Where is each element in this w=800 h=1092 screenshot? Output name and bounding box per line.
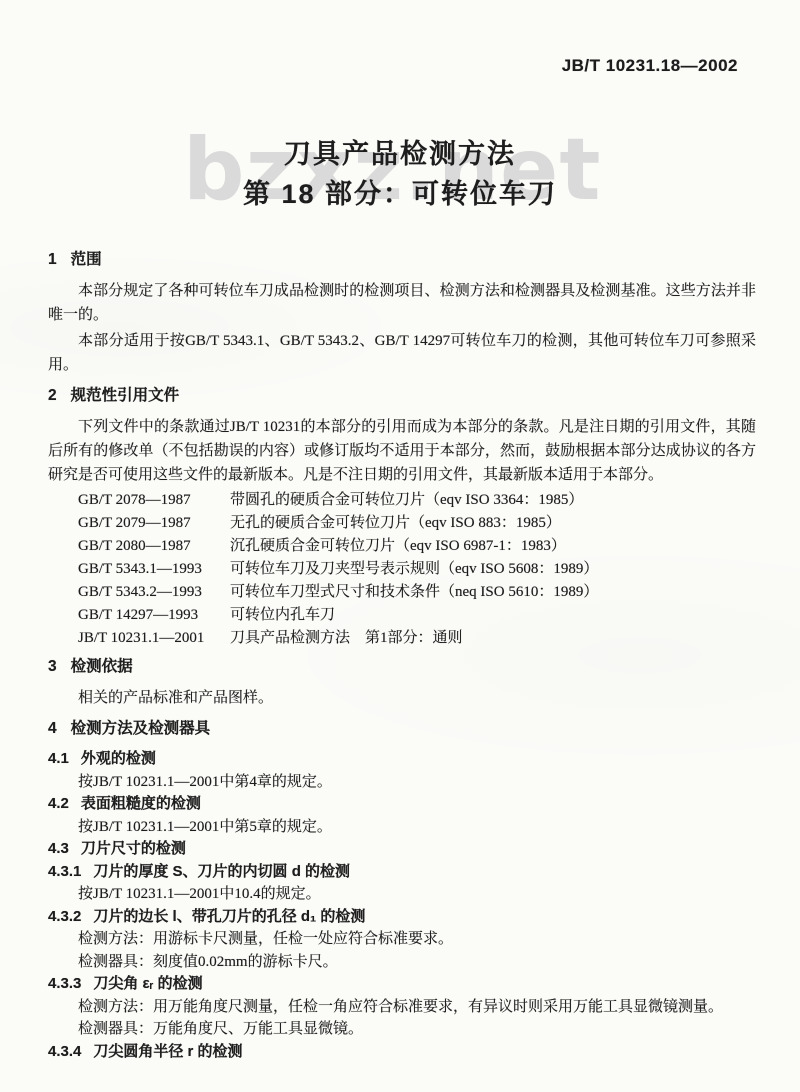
reference-item: GB/T 5343.1—1993 可转位车刀及刀夹型号表示规则（eqv ISO … <box>48 558 756 581</box>
subsection-title: 刀尖角 εᵣ 的检测 <box>93 975 202 992</box>
paragraph: 下列文件中的条款通过JB/T 10231的本部分的引用而成为本部分的条款。凡是注… <box>48 415 756 487</box>
subsection-text: 检测方法：用游标卡尺测量，任检一处应符合标准要求。 <box>48 928 756 951</box>
reference-title: 可转位内孔车刀 <box>230 604 335 627</box>
section-number: 3 <box>48 658 57 675</box>
section-number: 4 <box>48 720 57 737</box>
section-title: 规范性引用文件 <box>71 387 180 404</box>
reference-code: JB/T 10231.1—2001 <box>78 627 230 650</box>
reference-code: GB/T 2078—1987 <box>78 489 230 512</box>
paragraph: 本部分适用于按GB/T 5343.1、GB/T 5343.2、GB/T 1429… <box>48 329 756 377</box>
reference-item: GB/T 14297—1993 可转位内孔车刀 <box>48 604 756 627</box>
subsection-heading-4-3-3: 4.3.3刀尖角 εᵣ 的检测 <box>48 973 756 996</box>
section-title: 检测依据 <box>71 658 133 675</box>
subsection-heading-4-1: 4.1外观的检测 <box>48 748 756 771</box>
subsection-text: 检测器具：万能角度尺、万能工具显微镜。 <box>48 1018 756 1041</box>
scanned-standard-page: bzxz.net JB/T 10231.18—2002 刀具产品检测方法 第 1… <box>0 0 800 1092</box>
document-title: 刀具产品检测方法 第 18 部分：可转位车刀 <box>0 134 800 214</box>
subsection-title: 刀片的边长 l、带孔刀片的孔径 d₁ 的检测 <box>93 908 365 925</box>
section-title: 范围 <box>71 251 102 268</box>
subsection-number: 4.2 <box>48 795 69 812</box>
reference-code: GB/T 5343.1—1993 <box>78 558 230 581</box>
title-line-1: 刀具产品检测方法 <box>0 134 800 174</box>
reference-item: GB/T 2080—1987 沉孔硬质合金可转位刀片（eqv ISO 6987-… <box>48 535 756 558</box>
subsection-title: 刀片的厚度 S、刀片的内切圆 d 的检测 <box>93 863 350 880</box>
subsection-heading-4-3-2: 4.3.2刀片的边长 l、带孔刀片的孔径 d₁ 的检测 <box>48 906 756 929</box>
subsection-number: 4.3.2 <box>48 908 81 925</box>
section-heading-3: 3检测依据 <box>48 656 756 677</box>
doc-number: JB/T 10231.18—2002 <box>562 56 738 76</box>
document-body: 1范围 本部分规定了各种可转位车刀成品检测时的检测项目、检测方法和检测器具及检测… <box>48 243 756 1063</box>
reference-item: JB/T 10231.1—2001 刀具产品检测方法 第1部分：通则 <box>48 627 756 650</box>
reference-title: 可转位车刀及刀夹型号表示规则（eqv ISO 5608：1989） <box>230 558 598 581</box>
section-number: 1 <box>48 251 57 268</box>
subsection-text: 按JB/T 10231.1—2001中第4章的规定。 <box>48 771 756 794</box>
subsection-number: 4.1 <box>48 750 69 767</box>
reference-list: GB/T 2078—1987 带圆孔的硬质合金可转位刀片（eqv ISO 336… <box>48 489 756 650</box>
section-heading-1: 1范围 <box>48 249 756 270</box>
subsection-text: 检测方法：用万能角度尺测量，任检一角应符合标准要求，有异议时则采用万能工具显微镜… <box>48 996 756 1019</box>
reference-title: 可转位车刀型式尺寸和技术条件（neq ISO 5610：1989） <box>230 581 598 604</box>
reference-code: GB/T 5343.2—1993 <box>78 581 230 604</box>
reference-item: GB/T 2079—1987 无孔的硬质合金可转位刀片（eqv ISO 883：… <box>48 512 756 535</box>
reference-item: GB/T 5343.2—1993 可转位车刀型式尺寸和技术条件（neq ISO … <box>48 581 756 604</box>
subsection-heading-4-3-1: 4.3.1刀片的厚度 S、刀片的内切圆 d 的检测 <box>48 861 756 884</box>
reference-code: GB/T 14297—1993 <box>78 604 230 627</box>
subsection-heading-4-3: 4.3刀片尺寸的检测 <box>48 838 756 861</box>
section-heading-4: 4检测方法及检测器具 <box>48 718 756 739</box>
paragraph: 本部分规定了各种可转位车刀成品检测时的检测项目、检测方法和检测器具及检测基准。这… <box>48 279 756 327</box>
section-number: 2 <box>48 387 57 404</box>
paragraph: 相关的产品标准和产品图样。 <box>48 686 756 710</box>
subsection-number: 4.3.1 <box>48 863 81 880</box>
title-line-2: 第 18 部分：可转位车刀 <box>0 174 800 214</box>
reference-code: GB/T 2079—1987 <box>78 512 230 535</box>
subsection-text: 按JB/T 10231.1—2001中第5章的规定。 <box>48 816 756 839</box>
subsection-title: 表面粗糙度的检测 <box>81 795 201 812</box>
subsection-number: 4.3 <box>48 840 69 857</box>
reference-code: GB/T 2080—1987 <box>78 535 230 558</box>
subsection-number: 4.3.4 <box>48 1043 81 1060</box>
reference-item: GB/T 2078—1987 带圆孔的硬质合金可转位刀片（eqv ISO 336… <box>48 489 756 512</box>
subsection-text: 按JB/T 10231.1—2001中10.4的规定。 <box>48 883 756 906</box>
reference-title: 带圆孔的硬质合金可转位刀片（eqv ISO 3364：1985） <box>230 489 583 512</box>
subsection-heading-4-2: 4.2表面粗糙度的检测 <box>48 793 756 816</box>
subsection-title: 刀片尺寸的检测 <box>81 840 186 857</box>
section-heading-2: 2规范性引用文件 <box>48 385 756 406</box>
subsection-title: 刀尖圆角半径 r 的检测 <box>93 1043 242 1060</box>
section-title: 检测方法及检测器具 <box>71 720 211 737</box>
reference-title: 无孔的硬质合金可转位刀片（eqv ISO 883：1985） <box>230 512 561 535</box>
subsection-title: 外观的检测 <box>81 750 156 767</box>
subsection-text: 检测器具：刻度值0.02mm的游标卡尺。 <box>48 951 756 974</box>
subsection-number: 4.3.3 <box>48 975 81 992</box>
subsection-heading-4-3-4: 4.3.4刀尖圆角半径 r 的检测 <box>48 1041 756 1064</box>
reference-title: 刀具产品检测方法 第1部分：通则 <box>230 627 463 650</box>
reference-title: 沉孔硬质合金可转位刀片（eqv ISO 6987-1：1983） <box>230 535 566 558</box>
